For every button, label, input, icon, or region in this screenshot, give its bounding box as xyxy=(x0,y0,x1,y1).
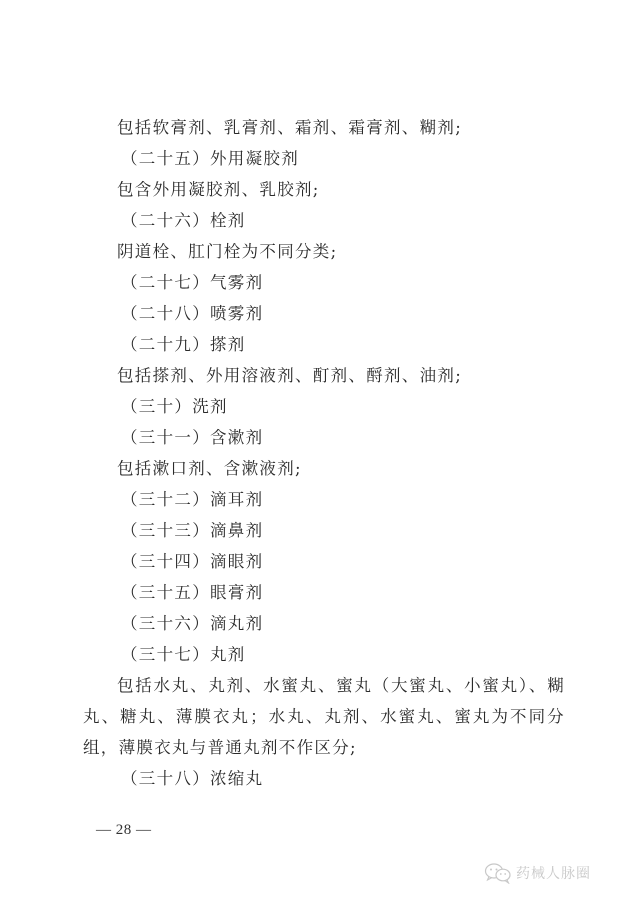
section-heading: （三十三）滴鼻剂 xyxy=(121,521,263,541)
wechat-icon xyxy=(484,862,512,884)
section-heading: （二十八）喷雾剂 xyxy=(121,304,263,324)
section-heading: （二十九）搽剂 xyxy=(121,335,246,355)
section-heading: （二十七）气雾剂 xyxy=(121,273,263,293)
section-heading: （三十五）眼膏剂 xyxy=(121,583,263,603)
section-heading: （三十一）含漱剂 xyxy=(121,428,263,448)
description-line: 包括搽剂、外用溶液剂、酊剂、酹剂、油剂; xyxy=(117,366,462,386)
page-number: — 28 — xyxy=(96,822,152,839)
description-line: 包含外用凝胶剂、乳胶剂; xyxy=(117,180,320,200)
section-heading: （三十六）滴丸剂 xyxy=(121,614,263,634)
section-heading: （三十七）丸剂 xyxy=(121,645,246,665)
section-heading: （三十）洗剂 xyxy=(121,397,228,417)
pill-description-paragraph: 包括水丸、丸剂、水蜜丸、蜜丸（大蜜丸、小蜜丸）、糊丸、糖丸、薄膜衣丸；水丸、丸剂… xyxy=(83,670,565,763)
section-heading: （三十二）滴耳剂 xyxy=(121,490,263,510)
description-line: 包括软膏剂、乳膏剂、霜剂、霜膏剂、糊剂; xyxy=(117,118,462,138)
description-line: 包括漱口剂、含漱液剂; xyxy=(117,459,302,479)
section-heading: （三十八）浓缩丸 xyxy=(121,769,263,789)
watermark: 药械人脉圈 xyxy=(484,862,591,884)
watermark-text: 药械人脉圈 xyxy=(516,863,591,883)
section-heading: （二十五）外用凝胶剂 xyxy=(121,149,299,169)
section-heading: （二十六）栓剂 xyxy=(121,211,246,231)
section-heading: （三十四）滴眼剂 xyxy=(121,552,263,572)
document-page: 包括软膏剂、乳膏剂、霜剂、霜膏剂、糊剂; （二十五）外用凝胶剂 包含外用凝胶剂、… xyxy=(0,0,640,905)
description-line: 阴道栓、肛门栓为不同分类; xyxy=(117,242,337,262)
